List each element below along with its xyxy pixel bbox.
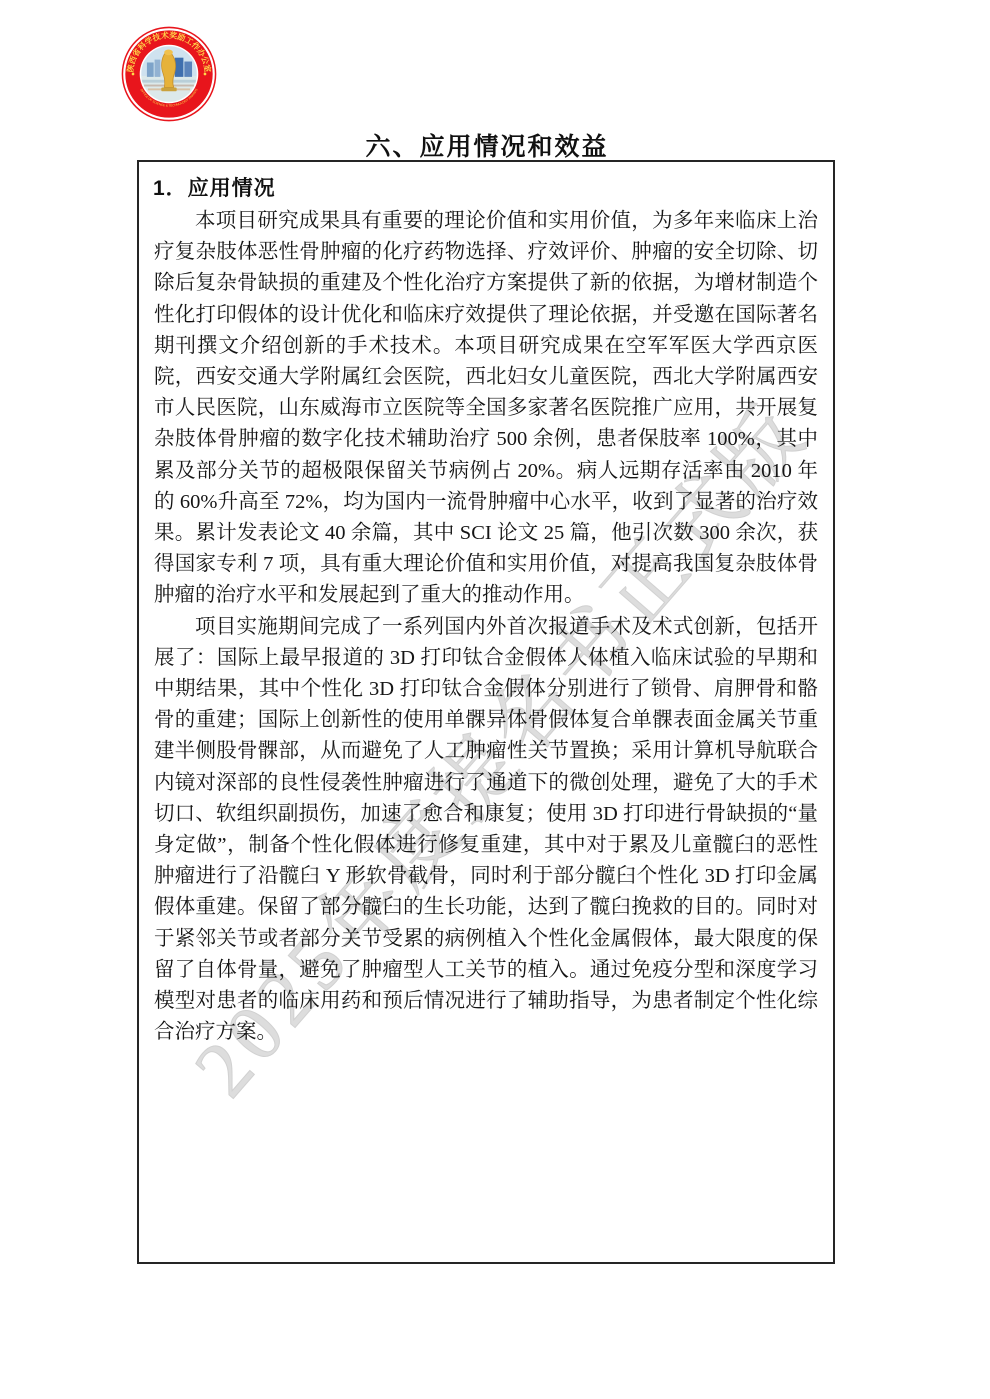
paragraph-surgical-innovations: 项目实施期间完成了一系列国内外首次报道手术及术式创新，包括开展了：国际上最早报道… (154, 612, 818, 1049)
page-title: 六、应用情况和效益 (137, 127, 837, 163)
seal-icon: 陕西省科学技术奖励工作办公室 OFFICE OF SCIENCE & TECHN… (121, 26, 217, 122)
award-office-seal: 陕西省科学技术奖励工作办公室 OFFICE OF SCIENCE & TECHN… (121, 26, 217, 122)
section-heading: 1．应用情况 (153, 172, 819, 202)
seal-center-image (141, 46, 197, 102)
application-section-box: 1．应用情况 本项目研究成果具有重要的理论价值和实用价值，为多年来临床上治疗复杂… (137, 160, 835, 1264)
paragraph-application-overview: 本项目研究成果具有重要的理论价值和实用价值，为多年来临床上治疗复杂肢体恶性骨肿瘤… (154, 206, 818, 612)
seal-dot-left (132, 73, 135, 76)
seal-dot-right (204, 73, 207, 76)
